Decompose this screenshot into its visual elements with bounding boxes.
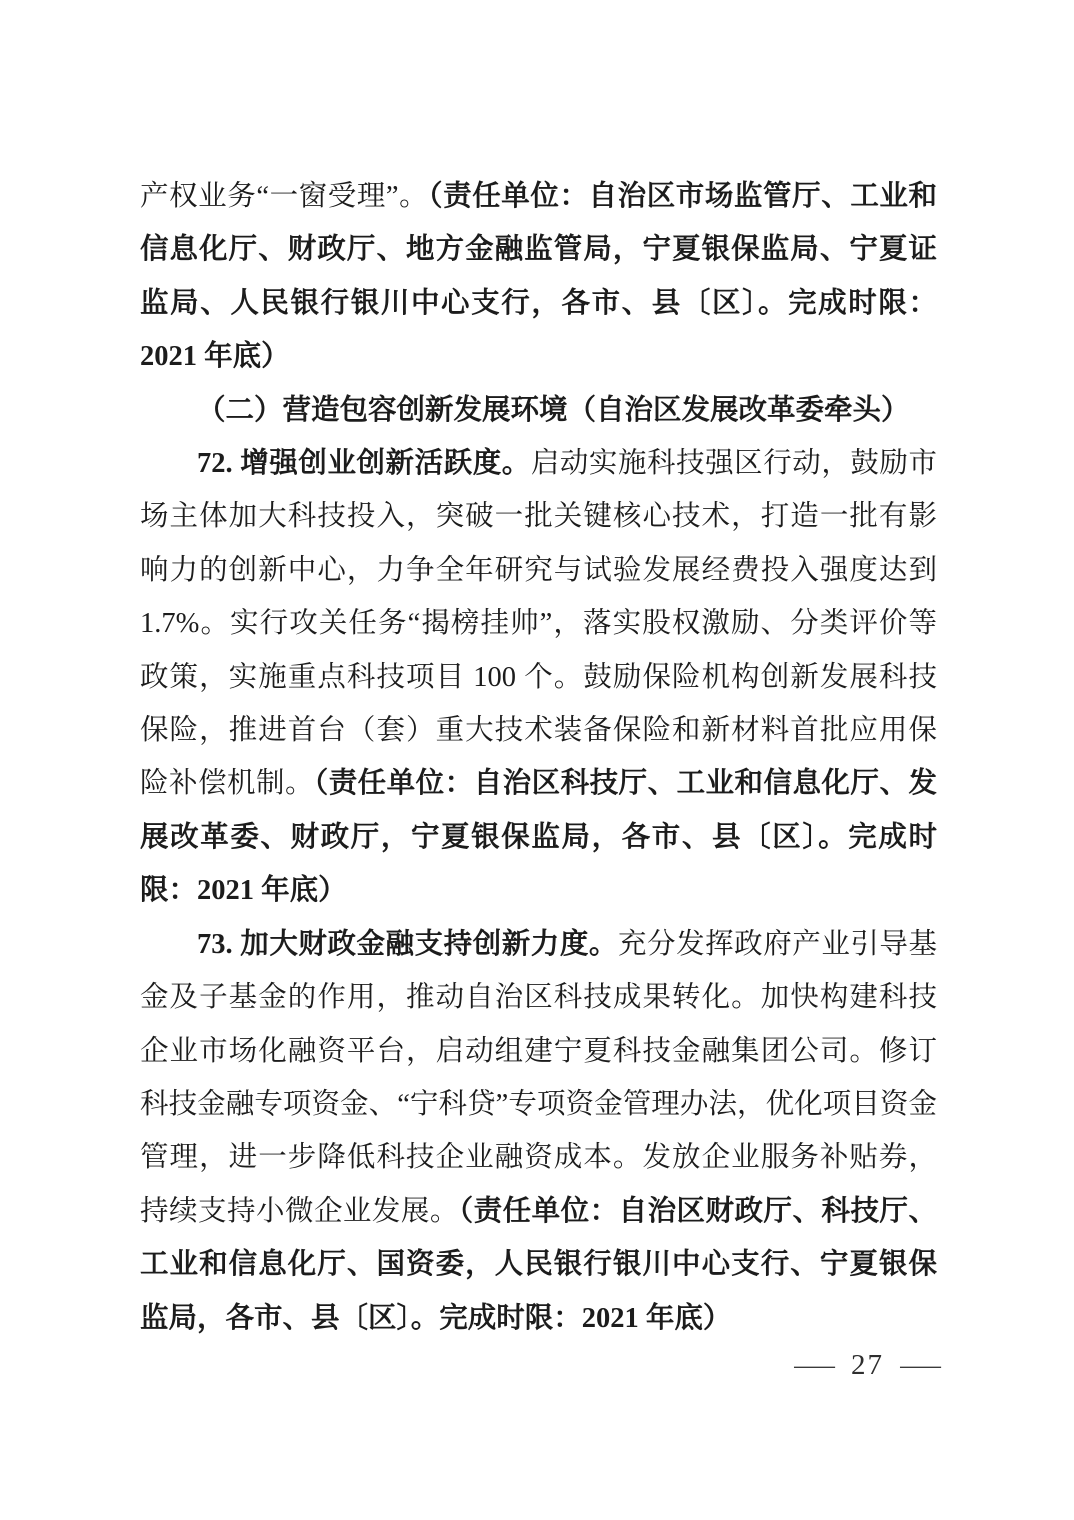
emphasis-text-run: 72. 增强创业创新活跃度。	[197, 448, 531, 479]
text-run: 产权业务“一窗受理”。	[140, 181, 428, 212]
page-number: 27	[851, 1349, 884, 1382]
footer-dash-left: —	[794, 1349, 835, 1382]
document-body: 产权业务“一窗受理”。（责任单位：自治区市场监管厅、工业和信息化厅、财政厅、地方…	[140, 170, 937, 1345]
footer-dash-right: —	[900, 1349, 941, 1382]
document-page: 产权业务“一窗受理”。（责任单位：自治区市场监管厅、工业和信息化厅、财政厅、地方…	[0, 0, 1074, 1520]
paragraph: 72. 增强创业创新活跃度。启动实施科技强区行动，鼓励市场主体加大科技投入，突破…	[140, 437, 937, 918]
emphasis-text-run: 73. 加大财政金融支持创新力度。	[197, 929, 618, 960]
emphasis-text-run: （二）营造包容创新发展环境（自治区发展改革委牵头）	[197, 395, 910, 426]
paragraph: 产权业务“一窗受理”。（责任单位：自治区市场监管厅、工业和信息化厅、财政厅、地方…	[140, 170, 937, 384]
page-footer: — 27 —	[800, 1349, 935, 1382]
text-run: 充分发挥政府产业引导基金及子基金的作用，推动自治区科技成果转化。加快构建科技企业…	[140, 929, 937, 1227]
paragraph: （二）营造包容创新发展环境（自治区发展改革委牵头）	[140, 384, 937, 437]
paragraph: 73. 加大财政金融支持创新力度。充分发挥政府产业引导基金及子基金的作用，推动自…	[140, 918, 937, 1345]
text-run: 启动实施科技强区行动，鼓励市场主体加大科技投入，突破一批关键核心技术，打造一批有…	[140, 448, 937, 799]
